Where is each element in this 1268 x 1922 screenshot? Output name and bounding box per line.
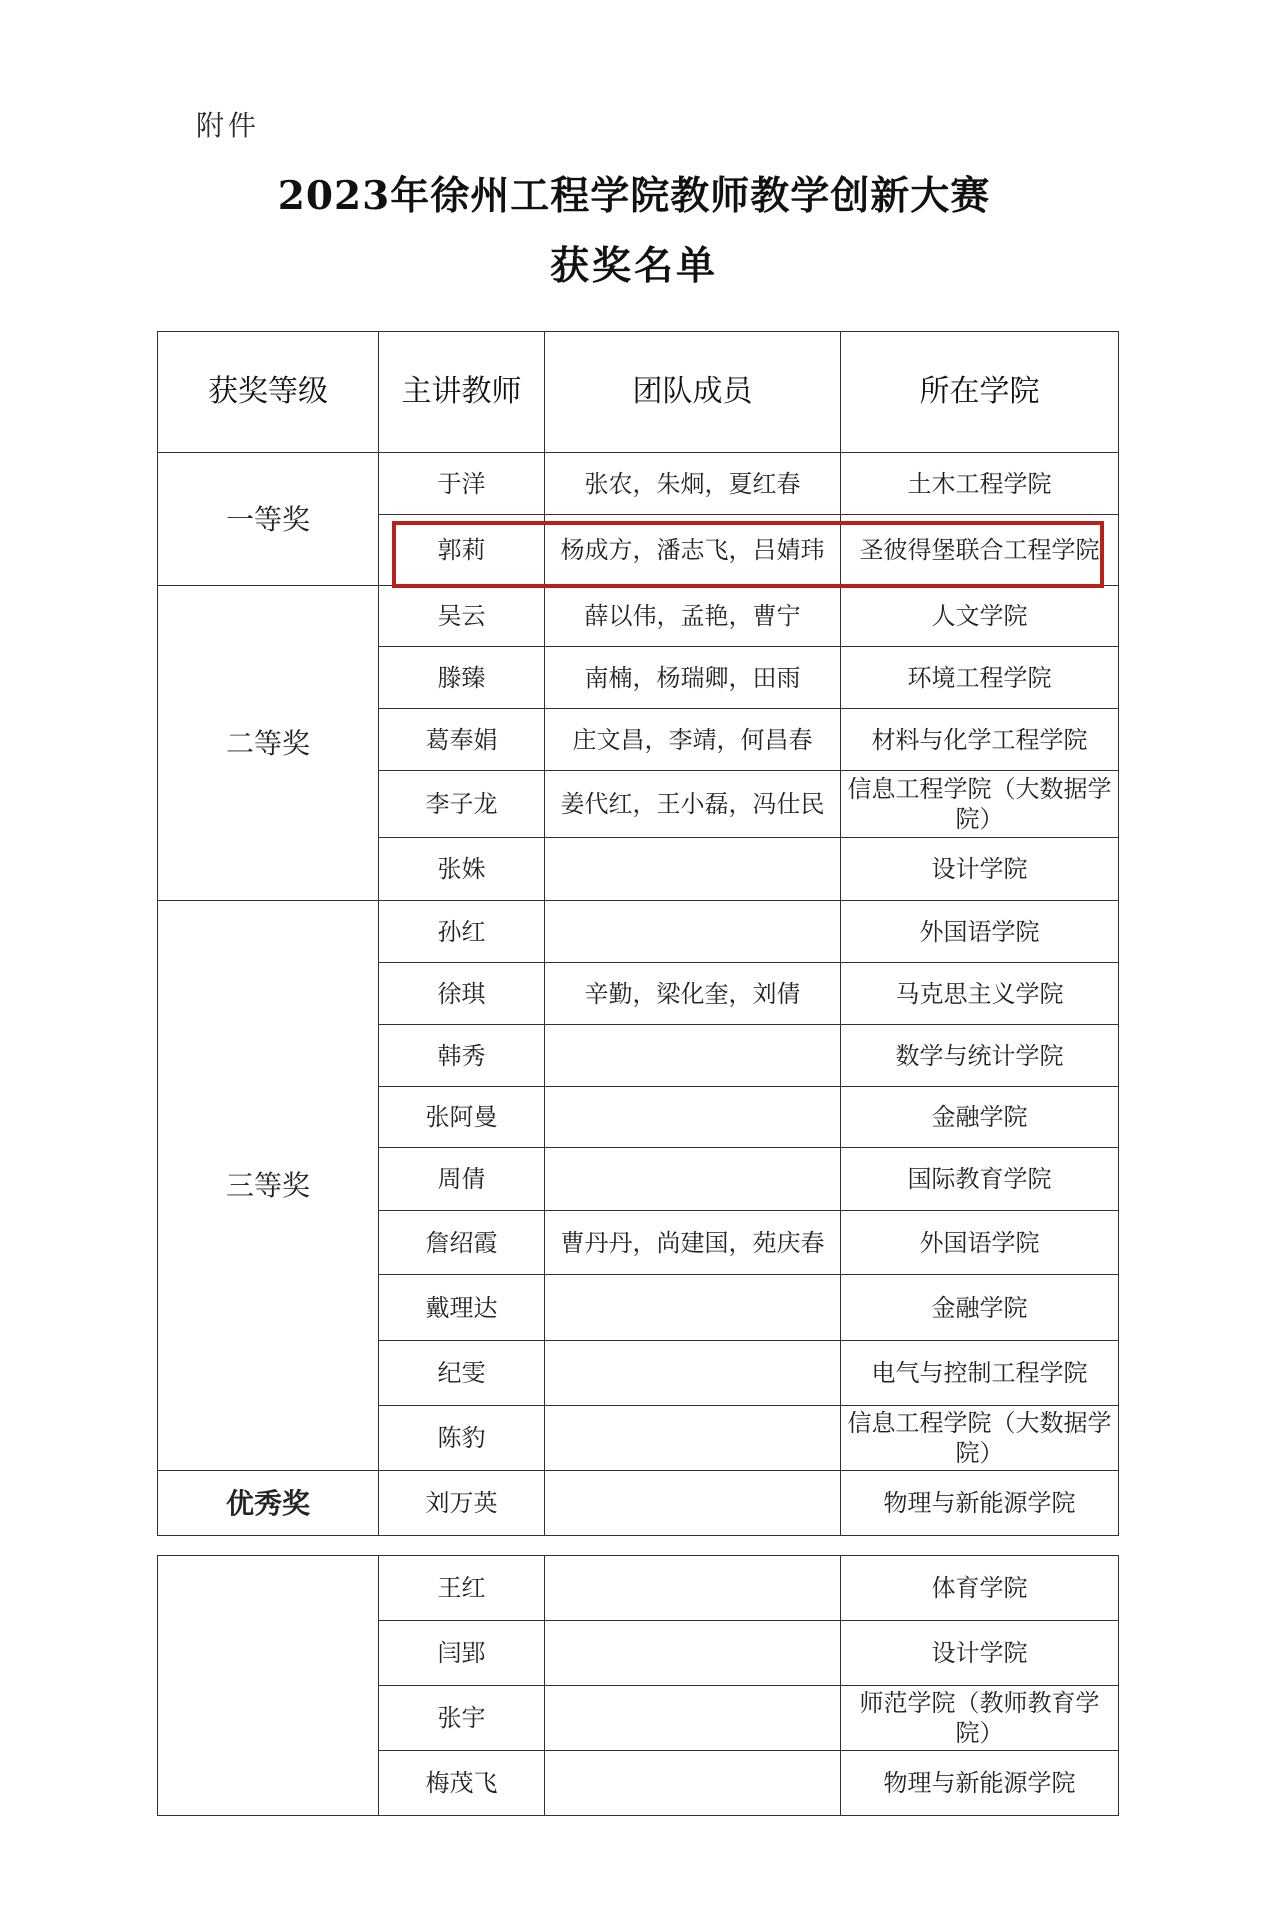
college-cell: 电气与控制工程学院: [841, 1341, 1119, 1406]
teacher-cell: 梅茂飞: [379, 1751, 545, 1816]
college-cell: 环境工程学院: [841, 647, 1119, 709]
college-cell: 人文学院: [841, 586, 1119, 647]
team-cell: 南楠，杨瑞卿，田雨: [545, 647, 841, 709]
attachment-label: 附件: [196, 104, 260, 144]
award-level-second: 二等奖: [158, 586, 379, 901]
college-cell: 设计学院: [841, 838, 1119, 901]
header-teacher: 主讲教师: [379, 332, 545, 453]
page-subtitle: 获奖名单: [0, 235, 1268, 291]
team-cell: [545, 1471, 841, 1536]
table-header-row: 获奖等级 主讲教师 团队成员 所在学院: [158, 332, 1119, 453]
college-cell: 金融学院: [841, 1087, 1119, 1148]
team-cell: [545, 1751, 841, 1816]
teacher-cell: 陈豹: [379, 1406, 545, 1471]
awards-table-continued: 王红 体育学院 闫郢 设计学院 张宇 师范学院（教师教育学院） 梅茂飞 物理与新…: [157, 1555, 1119, 1816]
team-cell: 薛以伟，孟艳，曹宁: [545, 586, 841, 647]
awards-table: 获奖等级 主讲教师 团队成员 所在学院 一等奖 于洋 张农，朱炯，夏红春 土木工…: [157, 331, 1119, 1536]
teacher-cell: 张阿曼: [379, 1087, 545, 1148]
team-cell: 张农，朱炯，夏红春: [545, 453, 841, 515]
team-cell: [545, 1275, 841, 1341]
page-title: 2023年徐州工程学院教师教学创新大赛: [0, 165, 1268, 221]
table-row: 王红 体育学院: [158, 1556, 1119, 1621]
team-cell: [545, 1087, 841, 1148]
award-level-third: 三等奖: [158, 901, 379, 1471]
college-cell: 国际教育学院: [841, 1148, 1119, 1211]
teacher-cell: 葛奉娟: [379, 709, 545, 771]
table-row: 二等奖 吴云 薛以伟，孟艳，曹宁 人文学院: [158, 586, 1119, 647]
team-cell: 杨成方，潘志飞，吕婧玮: [545, 515, 841, 586]
team-cell: 曹丹丹，尚建国，苑庆春: [545, 1211, 841, 1275]
team-cell: 庄文昌，李靖，何昌春: [545, 709, 841, 771]
teacher-cell: 张宇: [379, 1686, 545, 1751]
teacher-cell: 周倩: [379, 1148, 545, 1211]
header-level: 获奖等级: [158, 332, 379, 453]
team-cell: [545, 1686, 841, 1751]
college-cell: 外国语学院: [841, 901, 1119, 963]
teacher-cell: 于洋: [379, 453, 545, 515]
college-cell: 土木工程学院: [841, 453, 1119, 515]
teacher-cell: 吴云: [379, 586, 545, 647]
college-cell: 圣彼得堡联合工程学院: [841, 515, 1119, 586]
award-level-first: 一等奖: [158, 453, 379, 586]
team-cell: [545, 1621, 841, 1686]
team-cell: 辛勤，梁化奎，刘倩: [545, 963, 841, 1025]
teacher-cell: 詹绍霞: [379, 1211, 545, 1275]
college-cell: 物理与新能源学院: [841, 1471, 1119, 1536]
teacher-cell: 戴理达: [379, 1275, 545, 1341]
college-cell: 马克思主义学院: [841, 963, 1119, 1025]
team-cell: [545, 1148, 841, 1211]
college-cell: 数学与统计学院: [841, 1025, 1119, 1087]
college-cell: 设计学院: [841, 1621, 1119, 1686]
teacher-cell: 徐琪: [379, 963, 545, 1025]
award-level-empty: [158, 1556, 379, 1816]
teacher-cell: 闫郢: [379, 1621, 545, 1686]
teacher-cell: 刘万英: [379, 1471, 545, 1536]
table-row: 三等奖 孙红 外国语学院: [158, 901, 1119, 963]
team-cell: [545, 838, 841, 901]
teacher-cell: 纪雯: [379, 1341, 545, 1406]
header-team: 团队成员: [545, 332, 841, 453]
team-cell: 姜代红，王小磊，冯仕民: [545, 771, 841, 838]
college-cell: 材料与化学工程学院: [841, 709, 1119, 771]
teacher-cell: 张姝: [379, 838, 545, 901]
teacher-cell: 王红: [379, 1556, 545, 1621]
teacher-cell: 李子龙: [379, 771, 545, 838]
teacher-cell: 郭莉: [379, 515, 545, 586]
college-cell: 信息工程学院（大数据学院）: [841, 771, 1119, 838]
college-cell: 金融学院: [841, 1275, 1119, 1341]
team-cell: [545, 1341, 841, 1406]
college-cell: 信息工程学院（大数据学院）: [841, 1406, 1119, 1471]
college-cell: 外国语学院: [841, 1211, 1119, 1275]
award-level-excellence: 优秀奖: [158, 1471, 379, 1536]
teacher-cell: 孙红: [379, 901, 545, 963]
teacher-cell: 韩秀: [379, 1025, 545, 1087]
team-cell: [545, 1556, 841, 1621]
college-cell: 物理与新能源学院: [841, 1751, 1119, 1816]
teacher-cell: 滕臻: [379, 647, 545, 709]
team-cell: [545, 1406, 841, 1471]
team-cell: [545, 901, 841, 963]
college-cell: 体育学院: [841, 1556, 1119, 1621]
college-cell: 师范学院（教师教育学院）: [841, 1686, 1119, 1751]
table-row: 一等奖 于洋 张农，朱炯，夏红春 土木工程学院: [158, 453, 1119, 515]
header-college: 所在学院: [841, 332, 1119, 453]
table-row: 优秀奖 刘万英 物理与新能源学院: [158, 1471, 1119, 1536]
team-cell: [545, 1025, 841, 1087]
